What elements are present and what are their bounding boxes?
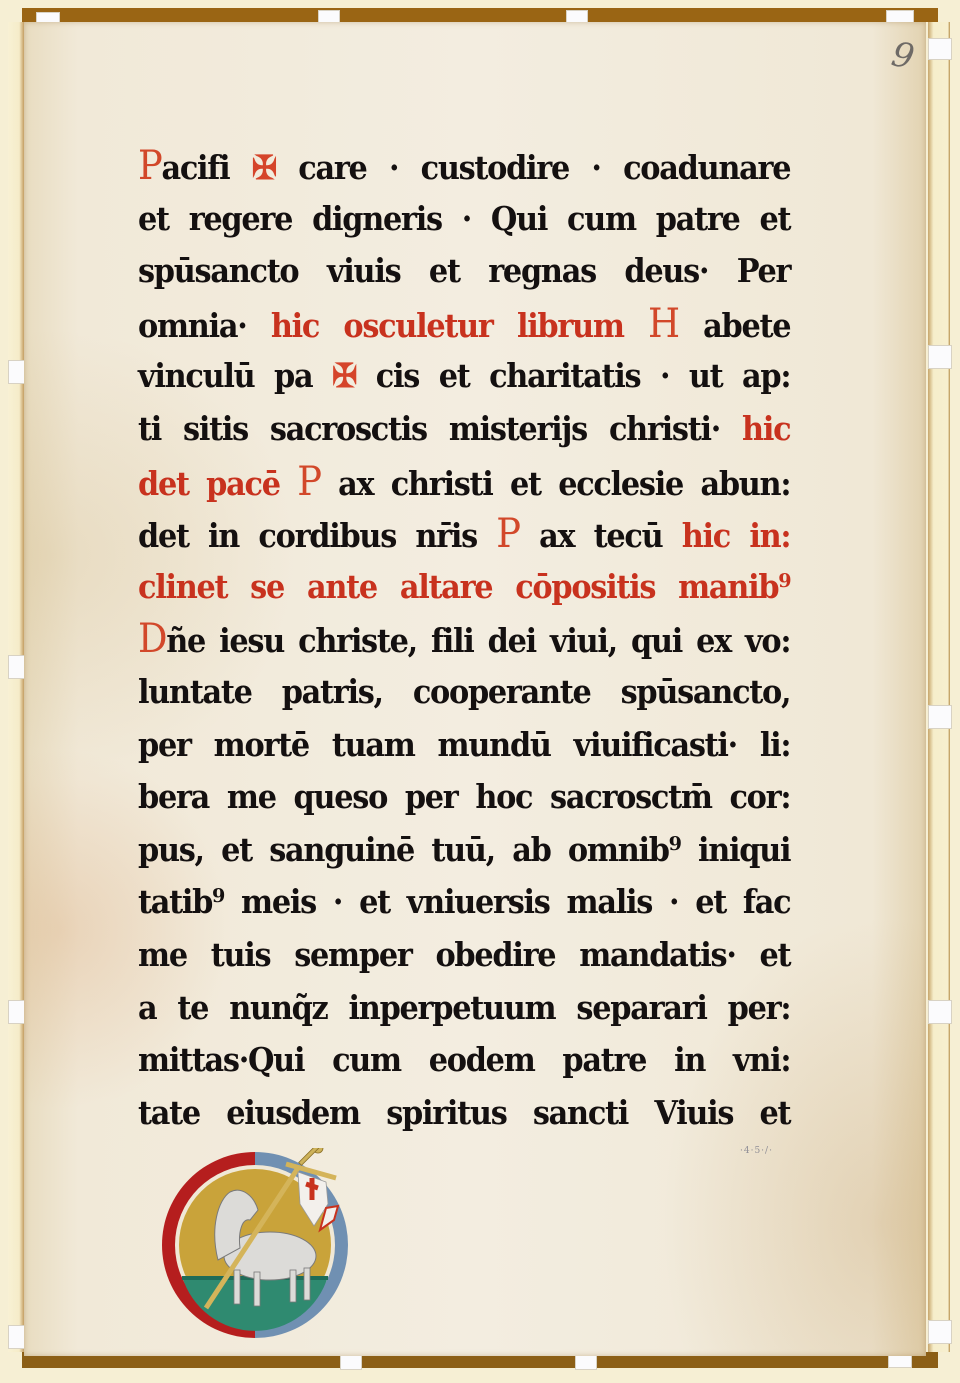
text-line: det in cordibus nr̄is P ax tecū hic in: bbox=[138, 508, 790, 561]
red-cross-icon: ✠ bbox=[252, 148, 276, 187]
frame-edge-left bbox=[8, 22, 24, 1352]
rubric-initial: P bbox=[496, 511, 519, 557]
text-segment: a te nunq̃z inperpetuum separari per: bbox=[138, 988, 790, 1027]
rubric-initial: D bbox=[138, 616, 166, 662]
text-line: det pacē P ax christi et ecclesie abun: bbox=[138, 456, 790, 509]
rubric-initial: P bbox=[138, 143, 161, 189]
text-line: spūsancto viuis et regnas deus· Per bbox=[138, 245, 790, 298]
rubric-text: hic in: bbox=[682, 516, 791, 555]
text-line: et regere digneris · Qui cum patre et bbox=[138, 193, 790, 246]
text-segment: mittas·Qui cum eodem patre in vni: bbox=[138, 1040, 790, 1079]
mount-tab bbox=[928, 1320, 952, 1344]
text-line: vinculū pa ✠ cis et charitatis · ut ap: bbox=[138, 350, 790, 403]
text-segment: omnia· bbox=[138, 306, 271, 345]
text-line: Dñe iesu christe, fili dei viui, qui ex … bbox=[138, 613, 790, 666]
text-line: clinet se ante altare cōpositis manib⁹ bbox=[138, 561, 790, 614]
missal-text: Pacifi ✠ care · custodire · coadunareet … bbox=[138, 140, 790, 1139]
text-segment: pus, et sanguinē tuū, ab omnib⁹ iniqui bbox=[138, 830, 790, 869]
text-line: tate eiusdem spiritus sancti Viuis et bbox=[138, 1087, 790, 1140]
text-segment: acifi bbox=[161, 148, 251, 187]
frame-edge-top bbox=[22, 8, 938, 22]
mount-tab bbox=[928, 1000, 952, 1024]
frame-edge-right bbox=[928, 22, 950, 1352]
text-segment: ax christi et ecclesie abun: bbox=[321, 464, 791, 503]
agnus-dei-roundel-icon bbox=[158, 1148, 352, 1342]
text-segment: me tuis semper obedire mandatis· et bbox=[138, 935, 790, 974]
text-line: tatib⁹ meis · et vniuersis malis · et fa… bbox=[138, 876, 790, 929]
text-line: bera me queso per hoc sacrosctm̄ cor: bbox=[138, 771, 790, 824]
text-segment: cis et charitatis · ut ap: bbox=[356, 356, 790, 395]
mount-tab bbox=[928, 38, 952, 60]
rubric-text: hic osculetur librum bbox=[271, 306, 648, 345]
rubric-initial: H bbox=[648, 301, 679, 347]
text-line: pus, et sanguinē tuū, ab omnib⁹ iniqui bbox=[138, 824, 790, 877]
text-segment: tatib⁹ meis · et vniuersis malis · et fa… bbox=[138, 882, 790, 921]
text-segment: ti sitis sacrosctis misterijs christi· bbox=[138, 409, 742, 448]
text-line: Pacifi ✠ care · custodire · coadunare bbox=[138, 140, 790, 193]
text-line: mittas·Qui cum eodem patre in vni: bbox=[138, 1034, 790, 1087]
text-segment: et regere digneris · Qui cum patre et bbox=[138, 199, 790, 238]
mount-tab bbox=[928, 345, 952, 369]
text-segment: bera me queso per hoc sacrosctm̄ cor: bbox=[138, 777, 790, 816]
red-cross-icon: ✠ bbox=[332, 356, 356, 395]
text-line: ti sitis sacrosctis misterijs christi· h… bbox=[138, 403, 790, 456]
text-segment: spūsancto viuis et regnas deus· Per bbox=[138, 251, 790, 290]
text-line: me tuis semper obedire mandatis· et bbox=[138, 929, 790, 982]
mount-tab bbox=[928, 705, 952, 729]
rubric-text: clinet se ante altare cōpositis manib⁹ bbox=[138, 567, 790, 606]
faint-stamp: ·4·5·/· bbox=[740, 1146, 773, 1156]
text-line: per mortē tuam mundū viuificasti· li: bbox=[138, 719, 790, 772]
text-segment: det in cordibus nr̄is bbox=[138, 516, 496, 555]
text-segment: vinculū pa bbox=[138, 356, 332, 395]
text-segment: per mortē tuam mundū viuificasti· li: bbox=[138, 725, 790, 764]
text-segment: ñe iesu christe, fili dei viui, qui ex v… bbox=[166, 621, 790, 660]
text-segment: abete bbox=[679, 306, 790, 345]
rubric-text: det pacē bbox=[138, 464, 297, 503]
text-segment: tate eiusdem spiritus sancti Viuis et bbox=[138, 1093, 790, 1132]
text-segment: care · custodire · coadunare bbox=[276, 148, 790, 187]
text-line: luntate patris, cooperante spūsancto, bbox=[138, 666, 790, 719]
rubric-text: hic bbox=[742, 409, 790, 448]
text-line: a te nunq̃z inperpetuum separari per: bbox=[138, 982, 790, 1035]
rubric-initial: P bbox=[297, 459, 320, 505]
text-segment: luntate patris, cooperante spūsancto, bbox=[138, 672, 790, 711]
text-line: omnia· hic osculetur librum H abete bbox=[138, 298, 790, 351]
text-segment: ax tecū bbox=[520, 516, 682, 555]
